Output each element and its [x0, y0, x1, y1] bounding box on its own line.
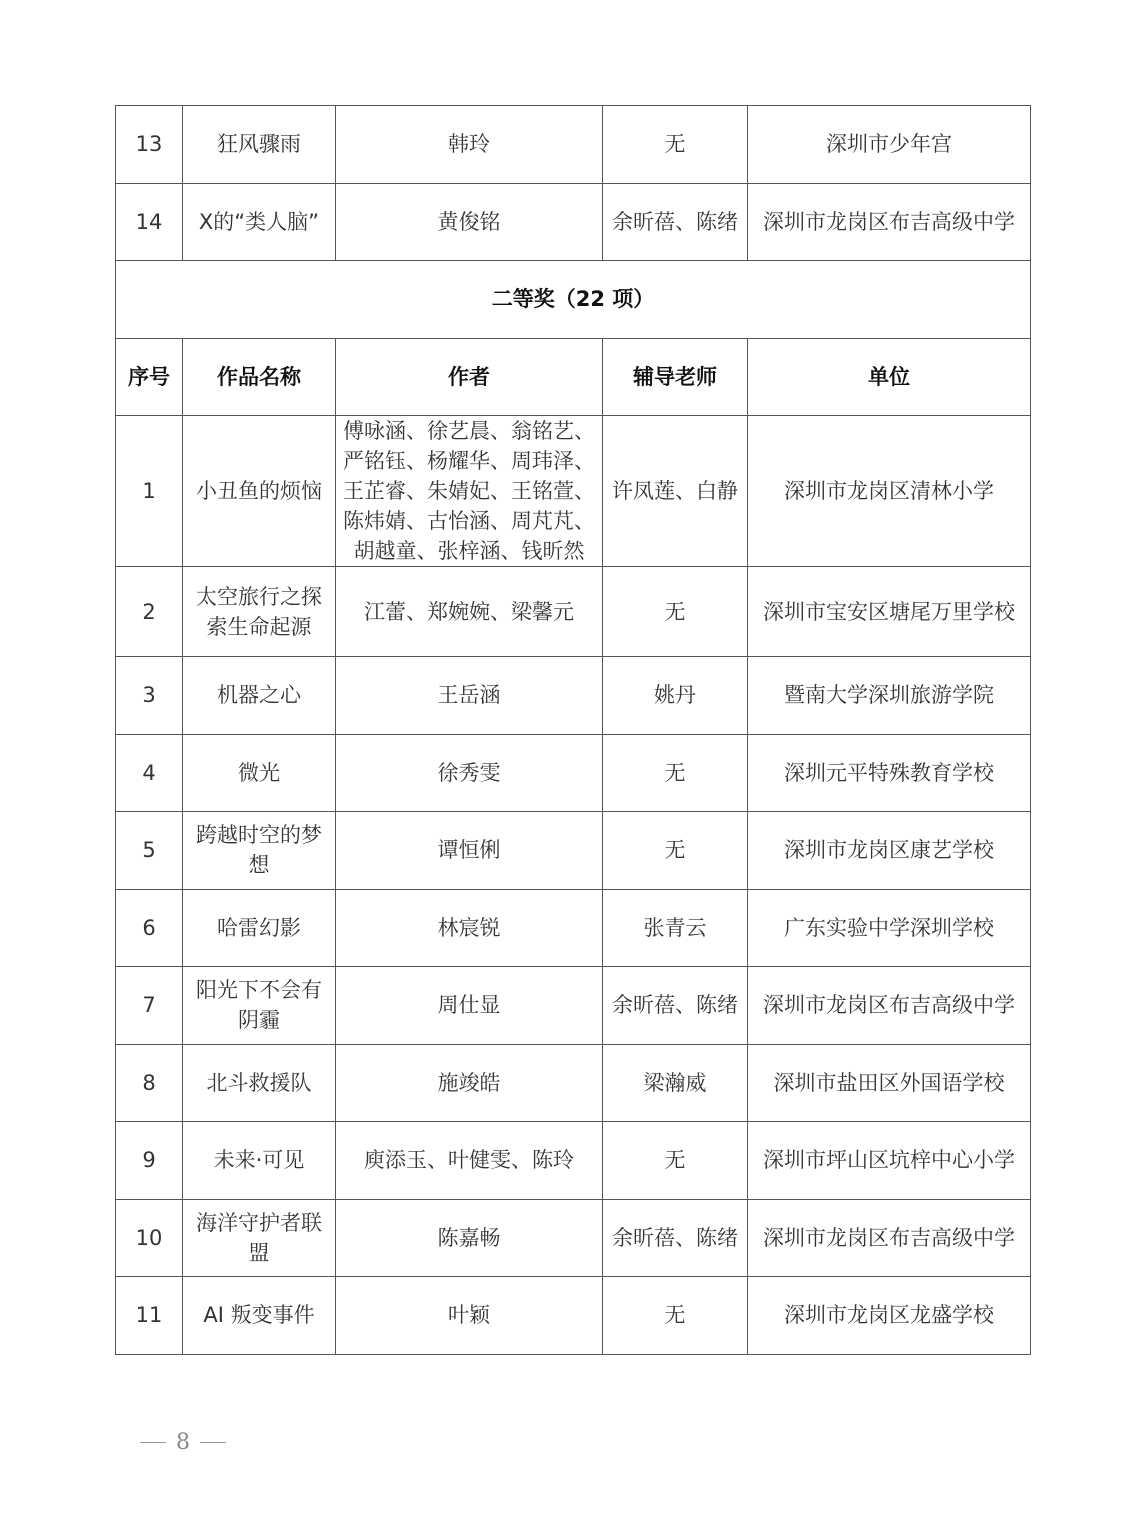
cell-teacher: 余昕蓓、陈绪 — [603, 967, 748, 1045]
cell-unit: 暨南大学深圳旅游学院 — [748, 657, 1031, 735]
cell-author: 施竣皓 — [336, 1044, 603, 1122]
cell-no: 13 — [116, 106, 183, 184]
cell-title: 阳光下不会有阴霾 — [183, 967, 336, 1045]
cell-author: 叶颖 — [336, 1277, 603, 1355]
table-row: 1 小丑鱼的烦恼 傅咏涵、徐艺晨、翁铭艺、严铭钰、杨耀华、周玮泽、王芷睿、朱婧妃… — [116, 416, 1031, 567]
table-row: 6 哈雷幻影 林宸锐 张青云 广东实验中学深圳学校 — [116, 889, 1031, 967]
table-row: 11 AI 叛变事件 叶颖 无 深圳市龙岗区龙盛学校 — [116, 1277, 1031, 1355]
cell-no: 8 — [116, 1044, 183, 1122]
cell-title: 微光 — [183, 734, 336, 812]
header-unit: 单位 — [748, 338, 1031, 416]
cell-author: 江蕾、郑婉婉、梁馨元 — [336, 567, 603, 657]
cell-author: 林宸锐 — [336, 889, 603, 967]
table-row: 14 X的“类人脑” 黄俊铭 余昕蓓、陈绪 深圳市龙岗区布吉高级中学 — [116, 183, 1031, 261]
header-row: 序号 作品名称 作者 辅导老师 单位 — [116, 338, 1031, 416]
cell-title: 狂风骤雨 — [183, 106, 336, 184]
cell-teacher: 姚丹 — [603, 657, 748, 735]
cell-no: 14 — [116, 183, 183, 261]
cell-no: 7 — [116, 967, 183, 1045]
cell-teacher: 无 — [603, 1277, 748, 1355]
footer-dash-left — [140, 1442, 166, 1443]
cell-unit: 深圳元平特殊教育学校 — [748, 734, 1031, 812]
cell-title: 北斗救援队 — [183, 1044, 336, 1122]
section-title: 二等奖（22 项） — [116, 261, 1031, 339]
award-table: 13 狂风骤雨 韩玲 无 深圳市少年宫 14 X的“类人脑” 黄俊铭 余昕蓓、陈… — [115, 105, 1031, 1355]
header-no: 序号 — [116, 338, 183, 416]
cell-teacher: 张青云 — [603, 889, 748, 967]
cell-author: 黄俊铭 — [336, 183, 603, 261]
header-title: 作品名称 — [183, 338, 336, 416]
cell-teacher: 余昕蓓、陈绪 — [603, 1199, 748, 1277]
table-row: 4 微光 徐秀雯 无 深圳元平特殊教育学校 — [116, 734, 1031, 812]
cell-author: 陈嘉畅 — [336, 1199, 603, 1277]
cell-author: 徐秀雯 — [336, 734, 603, 812]
cell-unit: 广东实验中学深圳学校 — [748, 889, 1031, 967]
cell-no: 4 — [116, 734, 183, 812]
table-row: 9 未来·可见 庾添玉、叶健雯、陈玲 无 深圳市坪山区坑梓中心小学 — [116, 1122, 1031, 1200]
cell-unit: 深圳市龙岗区康艺学校 — [748, 812, 1031, 890]
table-row: 7 阳光下不会有阴霾 周仕显 余昕蓓、陈绪 深圳市龙岗区布吉高级中学 — [116, 967, 1031, 1045]
header-teacher: 辅导老师 — [603, 338, 748, 416]
table-row: 8 北斗救援队 施竣皓 梁瀚威 深圳市盐田区外国语学校 — [116, 1044, 1031, 1122]
table-row: 13 狂风骤雨 韩玲 无 深圳市少年宫 — [116, 106, 1031, 184]
cell-teacher: 余昕蓓、陈绪 — [603, 183, 748, 261]
cell-title: 机器之心 — [183, 657, 336, 735]
cell-teacher: 无 — [603, 567, 748, 657]
cell-no: 3 — [116, 657, 183, 735]
cell-unit: 深圳市龙岗区布吉高级中学 — [748, 1199, 1031, 1277]
table-row: 5 跨越时空的梦想 谭恒俐 无 深圳市龙岗区康艺学校 — [116, 812, 1031, 890]
cell-no: 10 — [116, 1199, 183, 1277]
cell-author: 王岳涵 — [336, 657, 603, 735]
cell-title: X的“类人脑” — [183, 183, 336, 261]
cell-teacher: 无 — [603, 734, 748, 812]
cell-author: 庾添玉、叶健雯、陈玲 — [336, 1122, 603, 1200]
table-row: 10 海洋守护者联盟 陈嘉畅 余昕蓓、陈绪 深圳市龙岗区布吉高级中学 — [116, 1199, 1031, 1277]
cell-unit: 深圳市龙岗区清林小学 — [748, 416, 1031, 567]
cell-title: 海洋守护者联盟 — [183, 1199, 336, 1277]
cell-title: 哈雷幻影 — [183, 889, 336, 967]
cell-unit: 深圳市龙岗区布吉高级中学 — [748, 183, 1031, 261]
footer-dash-right — [200, 1442, 226, 1443]
cell-unit: 深圳市坪山区坑梓中心小学 — [748, 1122, 1031, 1200]
cell-author: 傅咏涵、徐艺晨、翁铭艺、严铭钰、杨耀华、周玮泽、王芷睿、朱婧妃、王铭萱、陈炜婧、… — [336, 416, 603, 567]
cell-author: 韩玲 — [336, 106, 603, 184]
cell-no: 1 — [116, 416, 183, 567]
cell-title: 跨越时空的梦想 — [183, 812, 336, 890]
table-row: 3 机器之心 王岳涵 姚丹 暨南大学深圳旅游学院 — [116, 657, 1031, 735]
cell-teacher: 无 — [603, 812, 748, 890]
cell-no: 6 — [116, 889, 183, 967]
cell-teacher: 许凤莲、白静 — [603, 416, 748, 567]
section-row: 二等奖（22 项） — [116, 261, 1031, 339]
cell-teacher: 无 — [603, 106, 748, 184]
cell-title: 未来·可见 — [183, 1122, 336, 1200]
cell-no: 2 — [116, 567, 183, 657]
cell-teacher: 无 — [603, 1122, 748, 1200]
cell-no: 9 — [116, 1122, 183, 1200]
cell-unit: 深圳市宝安区塘尾万里学校 — [748, 567, 1031, 657]
cell-unit: 深圳市龙岗区布吉高级中学 — [748, 967, 1031, 1045]
cell-title: 太空旅行之探索生命起源 — [183, 567, 336, 657]
page-number: 8 — [176, 1430, 190, 1455]
table-row: 2 太空旅行之探索生命起源 江蕾、郑婉婉、梁馨元 无 深圳市宝安区塘尾万里学校 — [116, 567, 1031, 657]
cell-unit: 深圳市少年宫 — [748, 106, 1031, 184]
cell-title: AI 叛变事件 — [183, 1277, 336, 1355]
cell-author: 谭恒俐 — [336, 812, 603, 890]
cell-no: 11 — [116, 1277, 183, 1355]
header-author: 作者 — [336, 338, 603, 416]
cell-teacher: 梁瀚威 — [603, 1044, 748, 1122]
cell-title: 小丑鱼的烦恼 — [183, 416, 336, 567]
page-footer: 8 — [140, 1430, 226, 1455]
cell-unit: 深圳市盐田区外国语学校 — [748, 1044, 1031, 1122]
cell-no: 5 — [116, 812, 183, 890]
cell-author: 周仕显 — [336, 967, 603, 1045]
cell-unit: 深圳市龙岗区龙盛学校 — [748, 1277, 1031, 1355]
